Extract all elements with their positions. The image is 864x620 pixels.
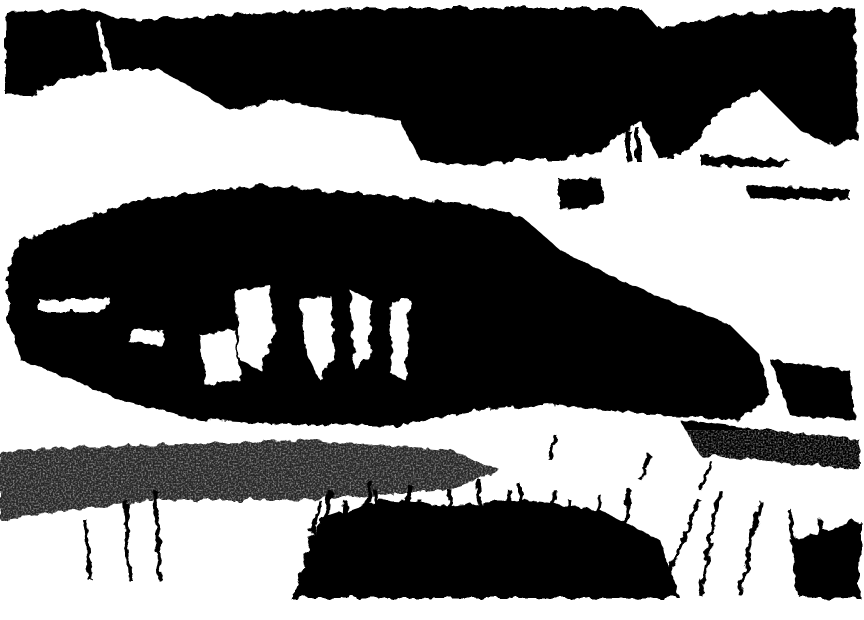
- monoprint-landscape: [0, 0, 864, 620]
